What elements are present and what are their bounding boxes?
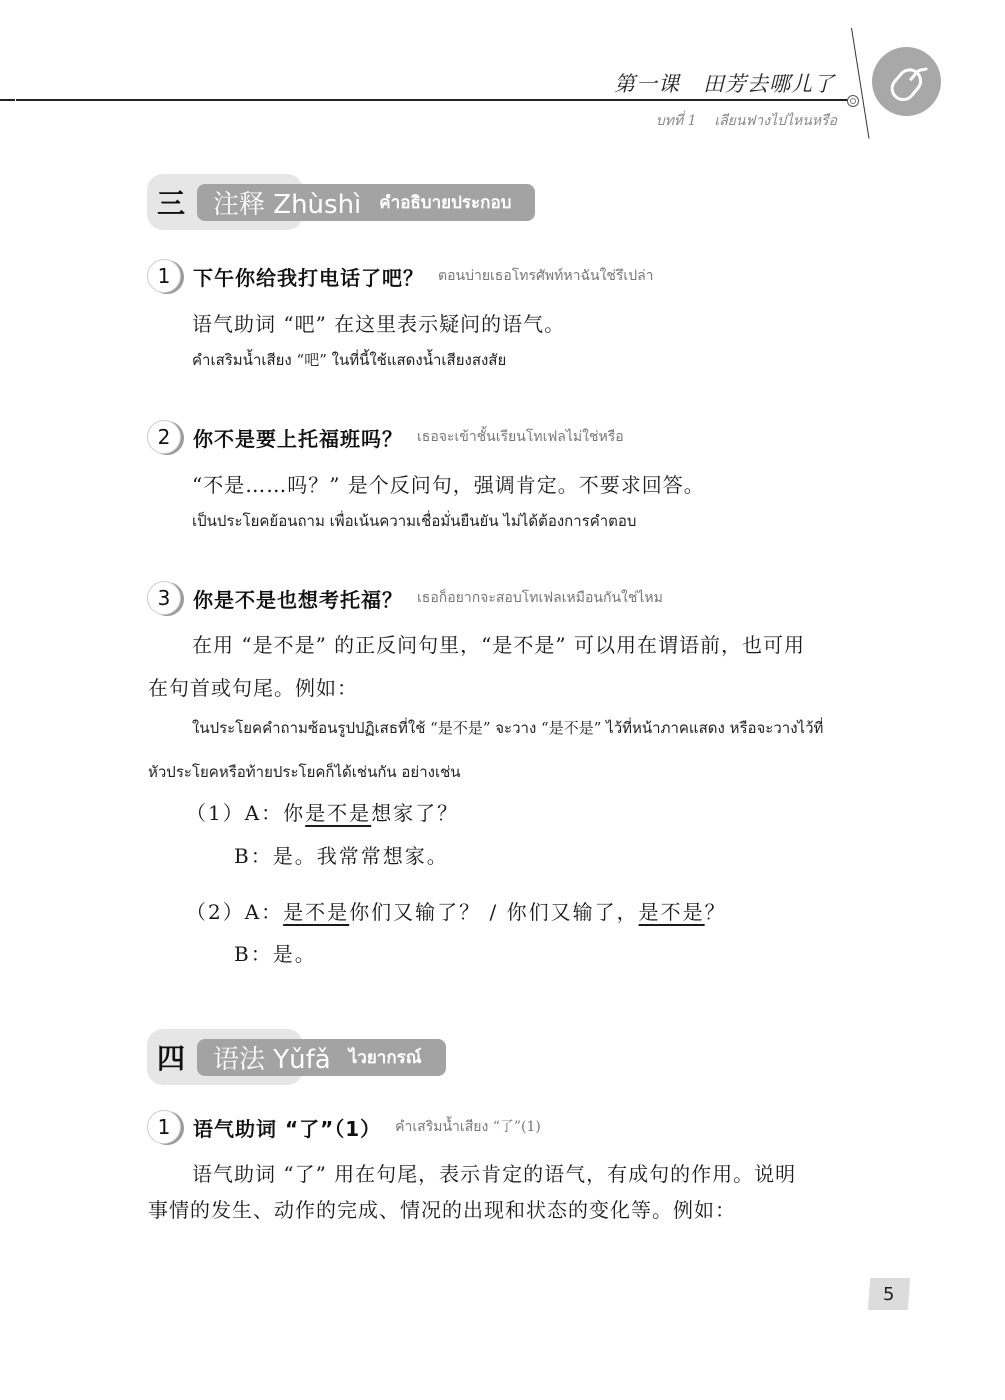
example-2-b: B：是。 xyxy=(234,938,317,967)
grammar-heading-zh: 语气助词 “了”（1） xyxy=(193,1113,381,1142)
section-number: 四 xyxy=(157,1037,185,1077)
lesson-title-th: บทที่ 1 เลียนฟางไปไหนหรือ xyxy=(656,110,837,132)
note-heading-th: ตอนบ่ายเธอโทรศัพท์หาฉันใช่รึเปล่า xyxy=(438,265,654,287)
grammar-heading-th: คำเสริมน้ำเสียง “了”(1) xyxy=(395,1116,541,1138)
grammar-text-zh-line2: 事情的发生、动作的完成、情况的出现和状态的变化等。例如： xyxy=(148,1194,736,1223)
header-rule-tick xyxy=(15,98,16,102)
section-title-th: คำอธิบายประกอบ xyxy=(379,189,511,216)
note-text-zh: 语气助词 “吧” 在这里表示疑问的语气。 xyxy=(192,308,565,337)
note-text-th-line2: หัวประโยคหรือท้ายประโยคก็ได้เช่นกัน อย่า… xyxy=(148,760,461,784)
note-item-heading: 2 你不是要上托福班吗？ เธอจะเข้าชั้นเรียนโทเฟลไม่ใ… xyxy=(147,420,624,454)
underlined-phrase: 是不是 xyxy=(639,900,705,924)
page-number: 5 xyxy=(883,1284,894,1305)
note-heading-zh: 下午你给我打电话了吧？ xyxy=(193,262,424,291)
note-heading-th: เธอก็อยากจะสอบโทเฟลเหมือนกันใช่ไหม xyxy=(417,587,663,609)
number-bullet: 3 xyxy=(147,581,181,615)
underlined-phrase: 是不是 xyxy=(305,801,371,825)
example-1-a: （1）A：你是不是想家了？ xyxy=(186,797,459,826)
header-diagonal-line xyxy=(851,28,870,139)
example-2-a: （2）A：是不是你们又输了？ / 你们又输了，是不是？ xyxy=(186,896,727,925)
page-number-box: 5 xyxy=(868,1278,910,1310)
number-bullet: 1 xyxy=(147,1110,181,1144)
note-heading-th: เธอจะเข้าชั้นเรียนโทเฟลไม่ใช่หรือ xyxy=(417,426,624,448)
note-text-th-line1: ในประโยคคำถามซ้อนรูปปฏิเสธที่ใช้ “是不是” จ… xyxy=(192,716,823,740)
section-title-bar: 注释 Zhùshì คำอธิบายประกอบ xyxy=(197,184,535,221)
computer-mouse-icon xyxy=(872,47,941,116)
speaker-a-text: 你们又输了？ / 你们又输了， xyxy=(349,900,638,924)
note-item-heading: 1 下午你给我打电话了吧？ ตอนบ่ายเธอโทรศัพท์หาฉันใช่… xyxy=(147,259,654,293)
speaker-a-text: ？ xyxy=(705,900,727,924)
header-rule xyxy=(0,99,848,101)
note-text-th: คำเสริมน้ำเสียง “吧” ในที่นี้ใช้แสดงน้ำเส… xyxy=(192,348,506,372)
note-text-zh-line1: 在用 “是不是” 的正反问句里，“是不是” 可以用在谓语前，也可用 xyxy=(192,629,805,658)
note-heading-zh: 你是不是也想考托福？ xyxy=(193,584,403,613)
note-heading-zh: 你不是要上托福班吗？ xyxy=(193,423,403,452)
grammar-item-heading: 1 语气助词 “了”（1） คำเสริมน้ำเสียง “了”(1) xyxy=(147,1110,541,1144)
grammar-text-zh-line1: 语气助词 “了” 用在句尾，表示肯定的语气，有成句的作用。说明 xyxy=(192,1158,796,1187)
example-label: （1） xyxy=(186,801,245,825)
number-bullet: 1 xyxy=(147,259,181,293)
header-ring-ornament xyxy=(847,95,859,107)
example-label: （2） xyxy=(186,900,245,924)
speaker-a-text: A：你 xyxy=(245,801,305,825)
note-text-th: เป็นประโยคย้อนถาม เพื่อเน้นความเชื่อมั่น… xyxy=(192,509,636,533)
note-item-heading: 3 你是不是也想考托福？ เธอก็อยากจะสอบโทเฟลเหมือนกั… xyxy=(147,581,663,615)
section-title-zh: 注释 Zhùshì xyxy=(213,184,361,221)
section-title-th: ไวยากรณ์ xyxy=(349,1044,422,1071)
number-bullet: 2 xyxy=(147,420,181,454)
section-title-zh: 语法 Yǔfǎ xyxy=(213,1039,331,1076)
speaker-a-text: 想家了？ xyxy=(371,801,459,825)
lesson-title-zh: 第一课 田芳去哪儿了 xyxy=(614,68,835,98)
note-text-zh-line2: 在句首或句尾。例如： xyxy=(148,672,358,701)
note-text-zh: “不是……吗？” 是个反问句，强调肯定。不要求回答。 xyxy=(192,469,705,498)
section-title-bar: 语法 Yǔfǎ ไวยากรณ์ xyxy=(197,1039,446,1076)
speaker-a-text: A： xyxy=(245,900,283,924)
underlined-phrase: 是不是 xyxy=(283,900,349,924)
example-1-b: B：是。我常常想家。 xyxy=(234,840,449,869)
section-number: 三 xyxy=(157,182,185,222)
